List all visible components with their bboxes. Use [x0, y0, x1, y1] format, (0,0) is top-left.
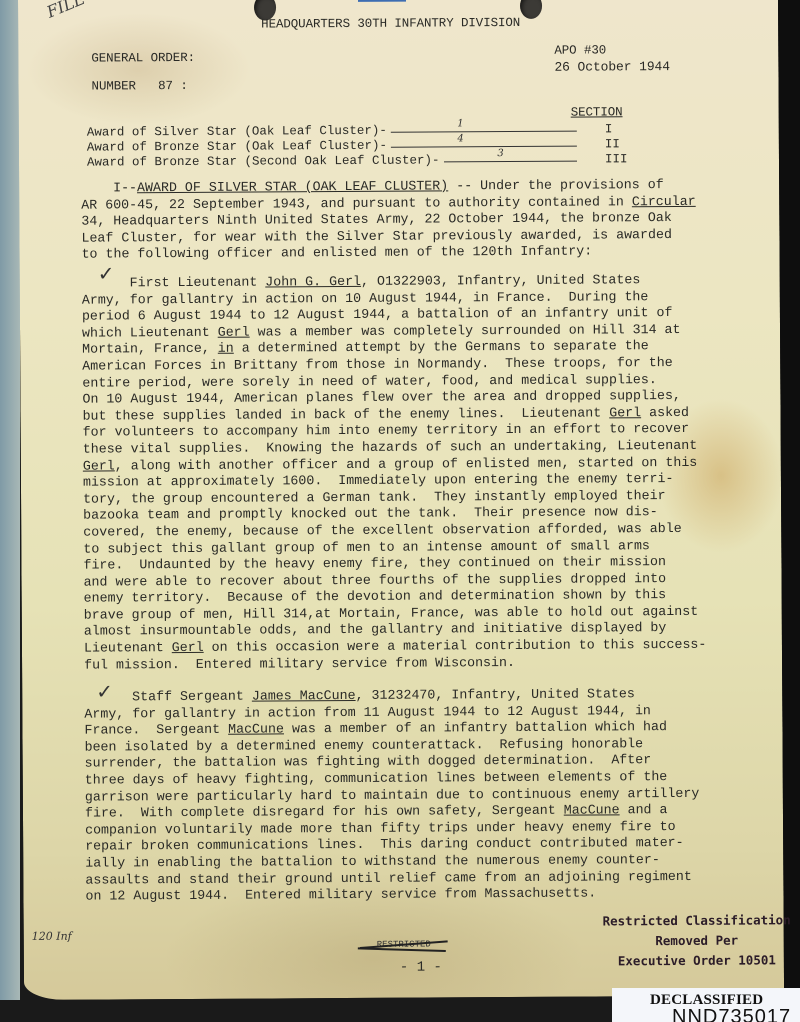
citation-text: repair broken communications lines. This… [85, 835, 684, 854]
document-page: FILE HEADQUARTERS 30TH INFANTRY DIVISION… [18, 0, 784, 1000]
citation-text: France. Sergeant [84, 722, 228, 738]
stamp-line: Removed Per [582, 930, 800, 951]
citation-text: period 6 August 1944 to 12 August 1944, … [82, 305, 673, 324]
citation-text: was a member of an infantry battalion wh… [284, 719, 667, 736]
citation-text: fire. With complete disregard for his ow… [85, 803, 564, 821]
binder-tab [358, 0, 406, 2]
punch-hole [520, 0, 542, 19]
citation-text: assaults and stand their ground until re… [85, 868, 692, 887]
citation-text: was a member was completely surrounded o… [250, 322, 681, 340]
section-prefix: I-- [113, 180, 137, 195]
background-left [0, 0, 20, 1000]
underlined-name: Gerl [609, 405, 641, 420]
intro-text: AR 600-45, 22 September 1943, and pursua… [81, 194, 632, 212]
toc-leader-line [391, 131, 577, 133]
citation-gerl: First Lieutenant John G. Gerl, O1322903,… [82, 272, 754, 674]
citation-text: been isolated by a determined enemy coun… [85, 736, 644, 754]
citation-text: On 10 August 1944, American planes flew … [82, 388, 681, 407]
order-number: NUMBER 87 : [91, 79, 187, 94]
circular-reference: Circular [632, 193, 696, 208]
citation-text: which Lieutenant [82, 325, 218, 341]
citation-text: almost insurmountable odds, and the gall… [84, 621, 667, 640]
citation-text: surrender, the battalion was fighting wi… [85, 753, 652, 771]
underlined-name: MacCune [564, 802, 620, 817]
citation-text: entire period, were sorely in need of wa… [82, 372, 657, 391]
underlined-name: Gerl [83, 458, 115, 473]
citation-text: , O1322903, Infantry, United States [361, 272, 640, 289]
handwritten-margin-note: 120 Inf [32, 930, 72, 943]
toc-leader-line [391, 146, 577, 148]
citation-text: Mortain, France, [82, 341, 218, 357]
table-of-contents: Award of Silver Star (Oak Leaf Cluster)-… [87, 122, 647, 170]
citation-text: mission at approximately 1600. Immediate… [83, 471, 674, 490]
section-title: AWARD OF SILVER STAR (OAK LEAF CLUSTER) [137, 178, 448, 195]
underlined-name: Gerl [172, 640, 204, 655]
citation-text: American Forces in Brittany from those i… [82, 355, 673, 374]
toc-section-number: II [605, 137, 620, 151]
citation-text: enemy territory. Because of the devotion… [84, 587, 667, 606]
underlined-name: John G. Gerl [265, 274, 361, 290]
citation-text: First Lieutenant [82, 274, 266, 290]
citation-text: Staff Sergeant [84, 689, 252, 705]
underlined-name: Gerl [218, 324, 250, 339]
citation-text: Army, for gallantry in action on 10 Augu… [82, 289, 649, 307]
citation-text: garrison were particularly hard to maint… [85, 785, 700, 804]
citation-maccune: Staff Sergeant James MacCune, 31232470, … [84, 686, 755, 906]
citation-text: , along with another officer and a group… [115, 454, 698, 473]
citation-text: fire. Undaunted by the heavy enemy fire,… [83, 554, 666, 573]
citation-text: bazooka team and promptly knocked out th… [83, 504, 658, 523]
toc-label: Award of Silver Star (Oak Leaf Cluster)- [87, 124, 387, 140]
toc-leader-line [444, 161, 577, 163]
declassified-code: NND735017 [672, 1006, 791, 1022]
citation-text: ially in enabling the battalion to withs… [85, 852, 660, 871]
underlined-name: in [218, 341, 234, 356]
citation-text: three days of heavy fighting, communicat… [85, 769, 668, 788]
section-one-intro: I--AWARD OF SILVER STAR (OAK LEAF CLUSTE… [81, 177, 751, 264]
citation-line: on 12 August 1944. Entered military serv… [85, 885, 755, 906]
citation-text: and were able to recover about three fou… [84, 571, 667, 590]
citation-text: on 12 August 1944. Entered military serv… [85, 886, 596, 904]
citation-line: ful mission. Entered military service fr… [84, 653, 754, 674]
document-header: HEADQUARTERS 30TH INFANTRY DIVISION [261, 16, 520, 32]
toc-row: Award of Bronze Star (Second Oak Leaf Cl… [87, 152, 647, 170]
citation-text: asked [641, 405, 689, 420]
citation-text: a determined attempt by the Germans to s… [234, 339, 649, 357]
struck-classification-mark: RESTRICTED [364, 939, 444, 951]
stamp-line: Restricted Classification [582, 910, 800, 931]
citation-text: , 31232470, Infantry, United States [356, 686, 635, 703]
citation-text: but these supplies landed in back of the… [82, 405, 609, 423]
citation-text: on this occasion were a material contrib… [204, 637, 707, 655]
citation-text: tory, the group encountered a German tan… [83, 488, 666, 507]
general-order-label: GENERAL ORDER: [91, 51, 195, 66]
intro-line: to the following officer and enlisted me… [82, 243, 752, 264]
underlined-name: MacCune [228, 722, 284, 737]
section-heading: SECTION [571, 105, 623, 119]
citation-text: to subject this gallant group of men to … [83, 538, 650, 556]
underlined-name: James MacCune [252, 688, 356, 704]
citation-text: brave group of men, Hill 314,at Mortain,… [84, 604, 699, 623]
citation-text: covered, the enemy, because of the excel… [83, 521, 682, 540]
intro-line: -- Under the provisions of [448, 177, 664, 193]
toc-count: 1 [457, 118, 463, 129]
toc-section-number: I [605, 122, 613, 136]
toc-count: 4 [457, 133, 463, 144]
stamp-line: Executive Order 10501 [582, 950, 800, 971]
toc-label: Award of Bronze Star (Oak Leaf Cluster)- [87, 139, 387, 155]
declassification-stamp: Restricted Classification Removed Per Ex… [582, 910, 800, 971]
file-handwritten-mark: FILE [44, 0, 88, 22]
citation-text: companion voluntarily made more than fif… [85, 819, 676, 838]
toc-label: Award of Bronze Star (Second Oak Leaf Cl… [87, 153, 440, 169]
citation-text: for volunteers to accompany him into ene… [83, 421, 690, 440]
page-number: - 1 - [400, 959, 442, 975]
citation-text: ful mission. Entered military service fr… [84, 655, 515, 673]
citation-text: Army, for gallantry in action from 11 Au… [84, 703, 651, 721]
toc-section-number: III [605, 152, 628, 166]
apo-number: APO #30 [554, 43, 606, 57]
order-date: 26 October 1944 [554, 59, 670, 75]
toc-count: 3 [497, 148, 503, 159]
citation-text: and a [620, 802, 668, 817]
citation-text: Lieutenant [84, 640, 172, 656]
citation-text: these vital supplies. Knowing the hazard… [83, 438, 698, 457]
declassified-label: DECLASSIFIED NND735017 [612, 988, 800, 1022]
